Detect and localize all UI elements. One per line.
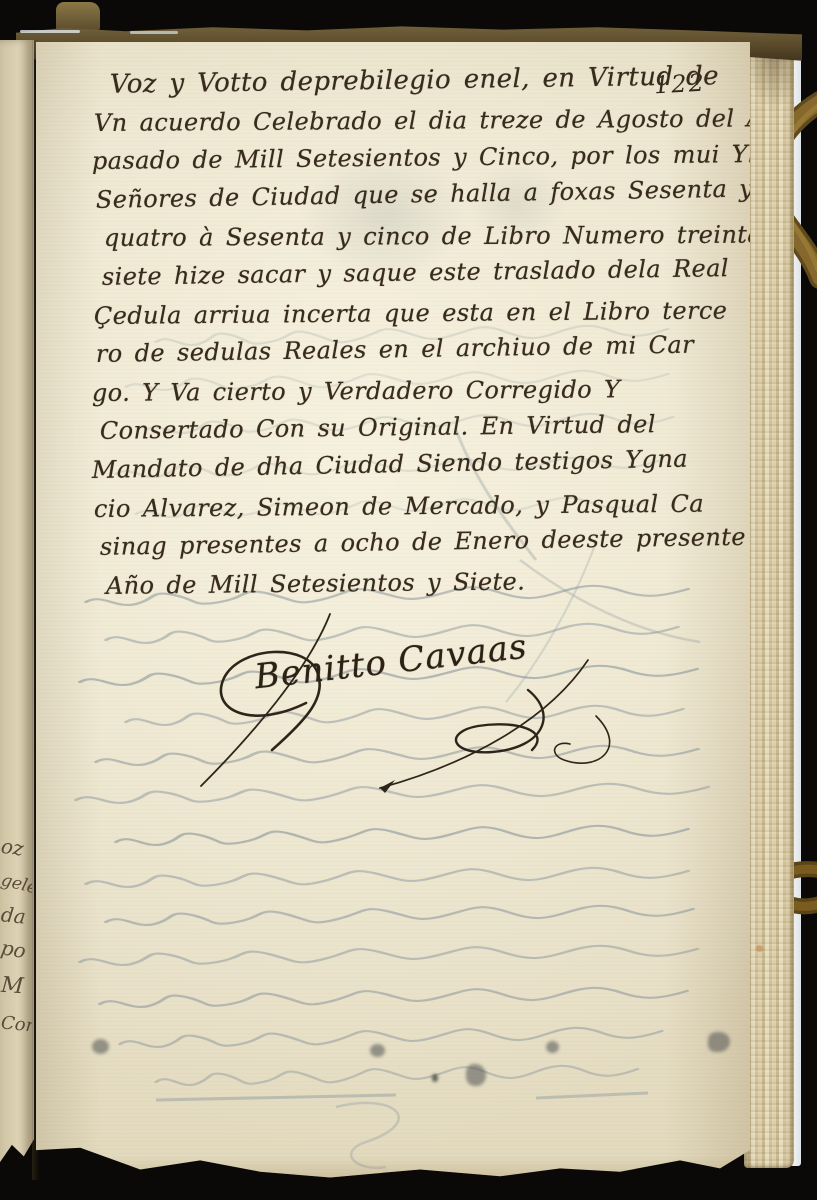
manuscript-page: 122 Voz y Votto deprebilegio enel, en Vi… bbox=[36, 42, 750, 1182]
ink-stain bbox=[466, 1064, 486, 1086]
previous-page-edge: oz gele da po M Con bbox=[0, 40, 34, 1185]
manuscript-photo: oz gele da po M Con bbox=[0, 0, 817, 1200]
manuscript-line: siete hize sacar y saque este traslado d… bbox=[92, 254, 750, 302]
gutter-text-fragment: M bbox=[0, 973, 34, 1000]
ink-speck bbox=[432, 1074, 438, 1082]
gutter-text-fragment: po bbox=[0, 935, 34, 965]
gutter-text-fragment: oz bbox=[0, 834, 34, 862]
ink-stain bbox=[370, 1044, 385, 1057]
sheet-edge-highlight bbox=[130, 31, 178, 34]
gutter-text-fragment: gele bbox=[0, 870, 34, 898]
manuscript-text-block: Voz y Votto deprebilegio enel, en Virtud… bbox=[92, 70, 750, 610]
gutter-text-fragment: da bbox=[0, 902, 34, 929]
signature-rubric-flourish bbox=[156, 598, 656, 818]
signature-block: Benitto Cavaas bbox=[156, 598, 656, 818]
binding-nub bbox=[56, 2, 100, 30]
gutter-text-fragment: Con bbox=[0, 1012, 34, 1036]
page-edges-stack bbox=[744, 40, 794, 1168]
foxing-dot bbox=[756, 945, 763, 952]
ink-stain bbox=[546, 1041, 559, 1053]
manuscript-line: Voz y Votto deprebilegio enel, en Virtud… bbox=[92, 61, 750, 109]
ink-stain bbox=[708, 1032, 730, 1052]
ink-stain bbox=[92, 1039, 109, 1054]
sheet-edge-highlight bbox=[20, 30, 80, 33]
